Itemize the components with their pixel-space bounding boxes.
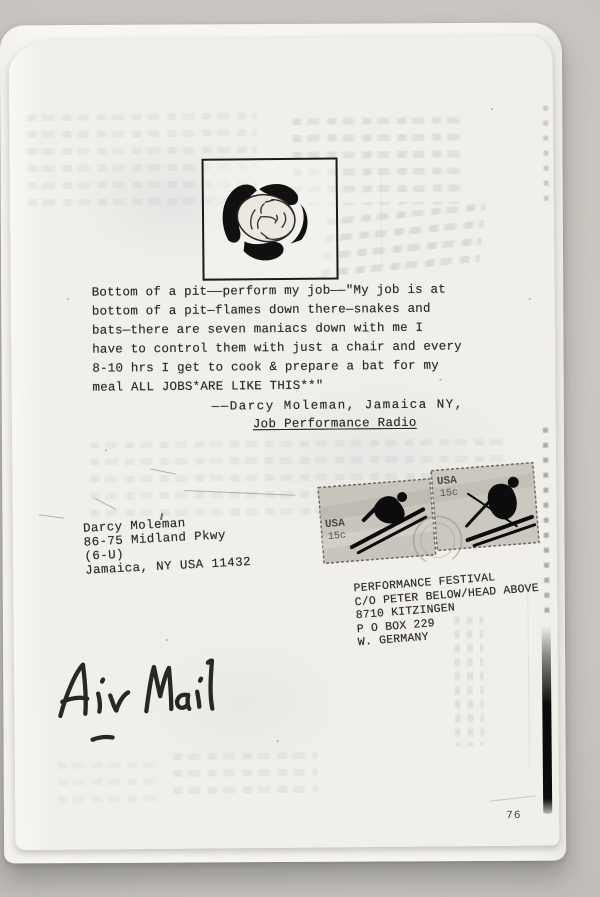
photo-of-book-page: Bottom of a pit——perform my job——"My job… [0, 0, 600, 897]
toner-speck [491, 108, 493, 110]
stamp-denomination-label: 15c [328, 531, 347, 543]
portrait-frame [202, 158, 339, 281]
quote-attribution: ——Darcy Moleman, Jamaica NY, [212, 397, 464, 413]
quote-source-title: Job Performance Radio [253, 416, 417, 431]
toner-speck [67, 298, 69, 300]
sender-address: Darcy Moleman 86-75 Midland Pkwy (6-U) J… [83, 513, 252, 578]
quote-line: 8-10 hrs I get to cook & prepare a bat f… [92, 356, 462, 378]
page-number: 76 [506, 810, 521, 822]
edge-toner-marks [543, 428, 550, 614]
recipient-address: PERFORMANCE FESTIVAL C/O PETER BELOW/HEA… [353, 568, 542, 650]
scratch-mark [490, 795, 536, 801]
bleedthrough-text-block [58, 761, 163, 804]
stamp-ski-jumper: USA 15c [318, 479, 436, 564]
stamp-denomination-label: 15c [440, 488, 459, 500]
photocopied-page: Bottom of a pit——perform my job——"My job… [8, 36, 559, 851]
bleedthrough-handwriting [320, 203, 486, 281]
typed-quote-block: Bottom of a pit——perform my job——"My job… [92, 280, 463, 397]
stamp-country-label: USA [437, 475, 458, 489]
photocopied-face-image [204, 160, 333, 275]
postage-stamps: USA 15c USA 15c [316, 461, 541, 570]
bleedthrough-text-block [173, 752, 318, 803]
toner-speck [105, 450, 107, 452]
edge-toner-bar [542, 626, 553, 814]
toner-speck [529, 298, 531, 300]
toner-speck [277, 740, 279, 742]
edge-toner-marks [543, 106, 549, 206]
stamp-downhill-skier: USA 15c [431, 463, 539, 551]
air-mail-handwriting [50, 651, 226, 753]
stamp-country-label: USA [325, 518, 346, 532]
toner-speck [166, 639, 168, 641]
quote-line: meal ALL JOBS*ARE LIKE THIS**" [92, 375, 462, 397]
scratch-mark [39, 514, 65, 518]
